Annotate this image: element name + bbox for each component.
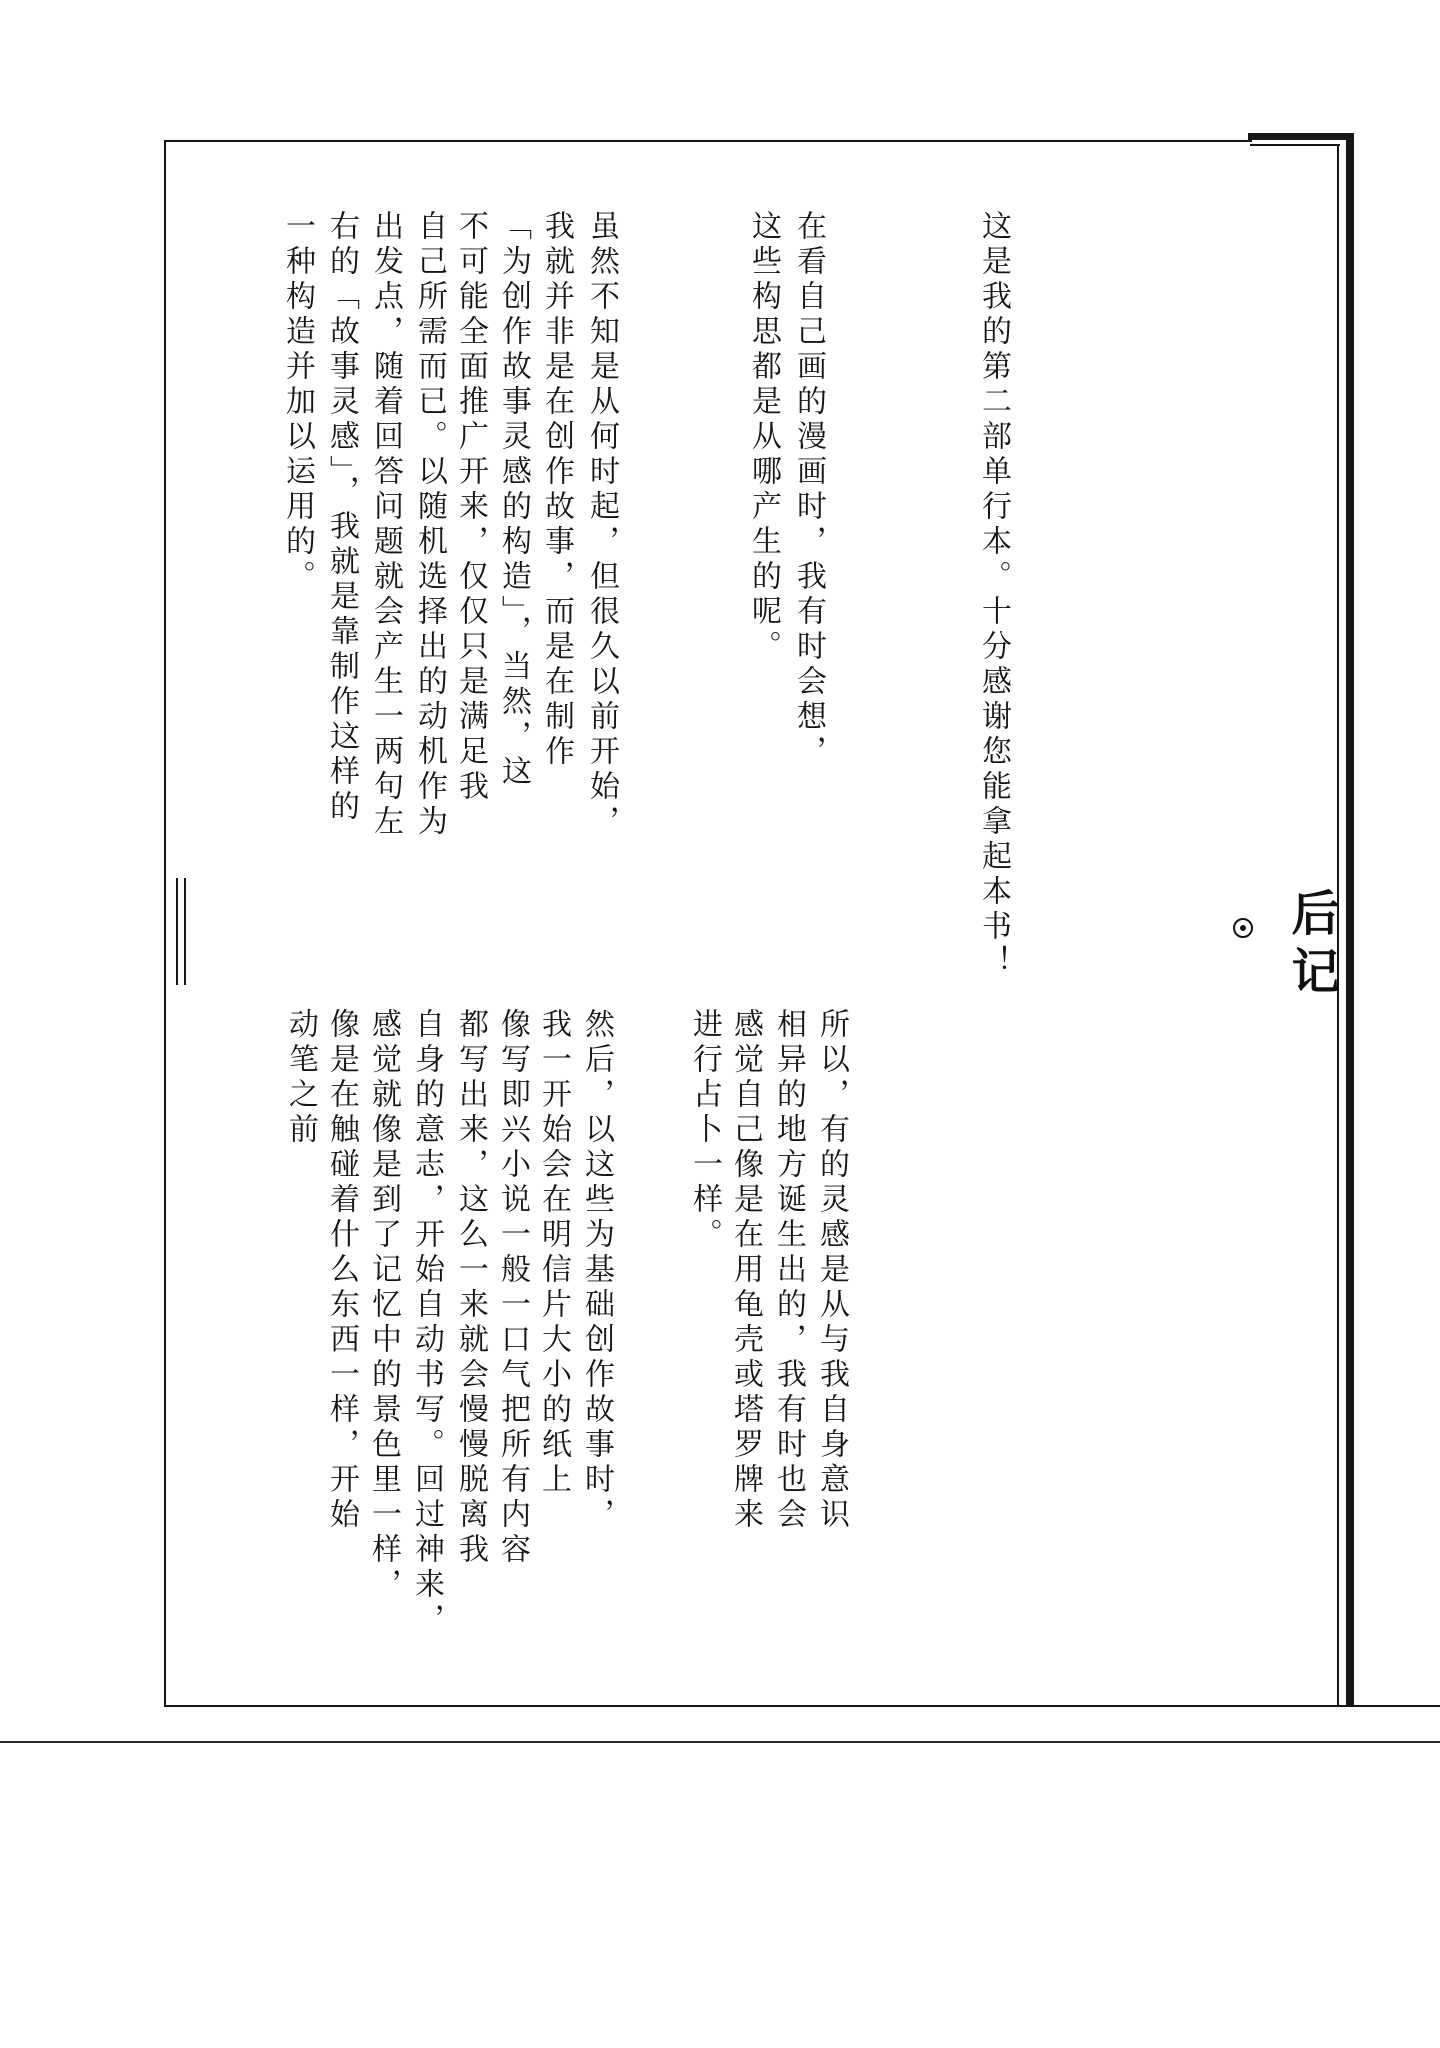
text-column: 像是在触碰着什么东西一样，开始 — [325, 1008, 358, 1533]
text-column: 感觉就像是到了记忆中的景色里一样， — [367, 1008, 400, 1603]
text-column: 虽然不知是从何时起，但很久以前开始， — [585, 210, 618, 840]
text-column: 相异的地方诞生出的，我有时也会 — [772, 1008, 805, 1533]
frame-top-border — [164, 140, 1252, 142]
left-double-rule-icon — [176, 878, 178, 985]
text-column: 出发点，随着回答问题就会产生一两句左 — [369, 210, 402, 840]
text-column: 感觉自己像是在用龟壳或塔罗牌来 — [729, 1008, 762, 1533]
text-column: 自身的意志，开始自动书写。回过神来， — [410, 1008, 443, 1638]
frame-left-border — [164, 140, 166, 1707]
text-column: 这些构思都是从哪产生的呢。 — [747, 210, 780, 665]
bullseye-icon — [1233, 918, 1253, 938]
text-column: 进行占卜一样。 — [688, 1008, 721, 1253]
double-rule-top-thick — [1248, 133, 1354, 140]
bullseye-dot-icon — [1240, 925, 1246, 931]
text-column: 自己所需而已。以随机选择出的动机作为 — [413, 210, 446, 840]
frame-bottom-border — [164, 1705, 1440, 1707]
text-column: 这是我的第二部单行本。十分感谢您能拿起本书！ — [977, 210, 1010, 980]
text-column: 不可能全面推广开来，仅仅只是满足我 — [454, 210, 487, 805]
text-column: 所以，有的灵感是从与我自身意识 — [815, 1008, 848, 1533]
text-column: 「为创作故事灵感的构造」，当然，这 — [497, 210, 530, 790]
scan-page-edge-line — [0, 1741, 1440, 1743]
text-column: 在看自己画的漫画时，我有时会想， — [792, 210, 825, 770]
text-column: 一种构造并加以运用的。 — [281, 210, 314, 595]
double-rule-top-thin — [1250, 144, 1340, 146]
text-column: 动笔之前 — [284, 1008, 317, 1148]
text-column: 我一开始会在明信片大小的纸上 — [537, 1008, 570, 1498]
text-column: 像写即兴小说一般一口气把所有内容 — [496, 1008, 529, 1568]
afterword-page-scan: 后记 这是我的第二部单行本。十分感谢您能拿起本书！ 在看自己画的漫画时，我有时会… — [0, 0, 1440, 2048]
text-column: 右的「故事灵感」，我就是靠制作这样的 — [325, 210, 358, 825]
left-double-rule-icon — [184, 878, 186, 985]
text-column: 我就并非是在创作故事，而是在制作 — [540, 210, 573, 770]
double-rule-right-thick — [1346, 133, 1354, 1707]
text-column: 然后，以这些为基础创作故事时， — [580, 1008, 613, 1533]
text-column: 都写出来，这么一来就会慢慢脱离我 — [454, 1008, 487, 1568]
afterword-title: 后记 — [1276, 888, 1345, 1004]
